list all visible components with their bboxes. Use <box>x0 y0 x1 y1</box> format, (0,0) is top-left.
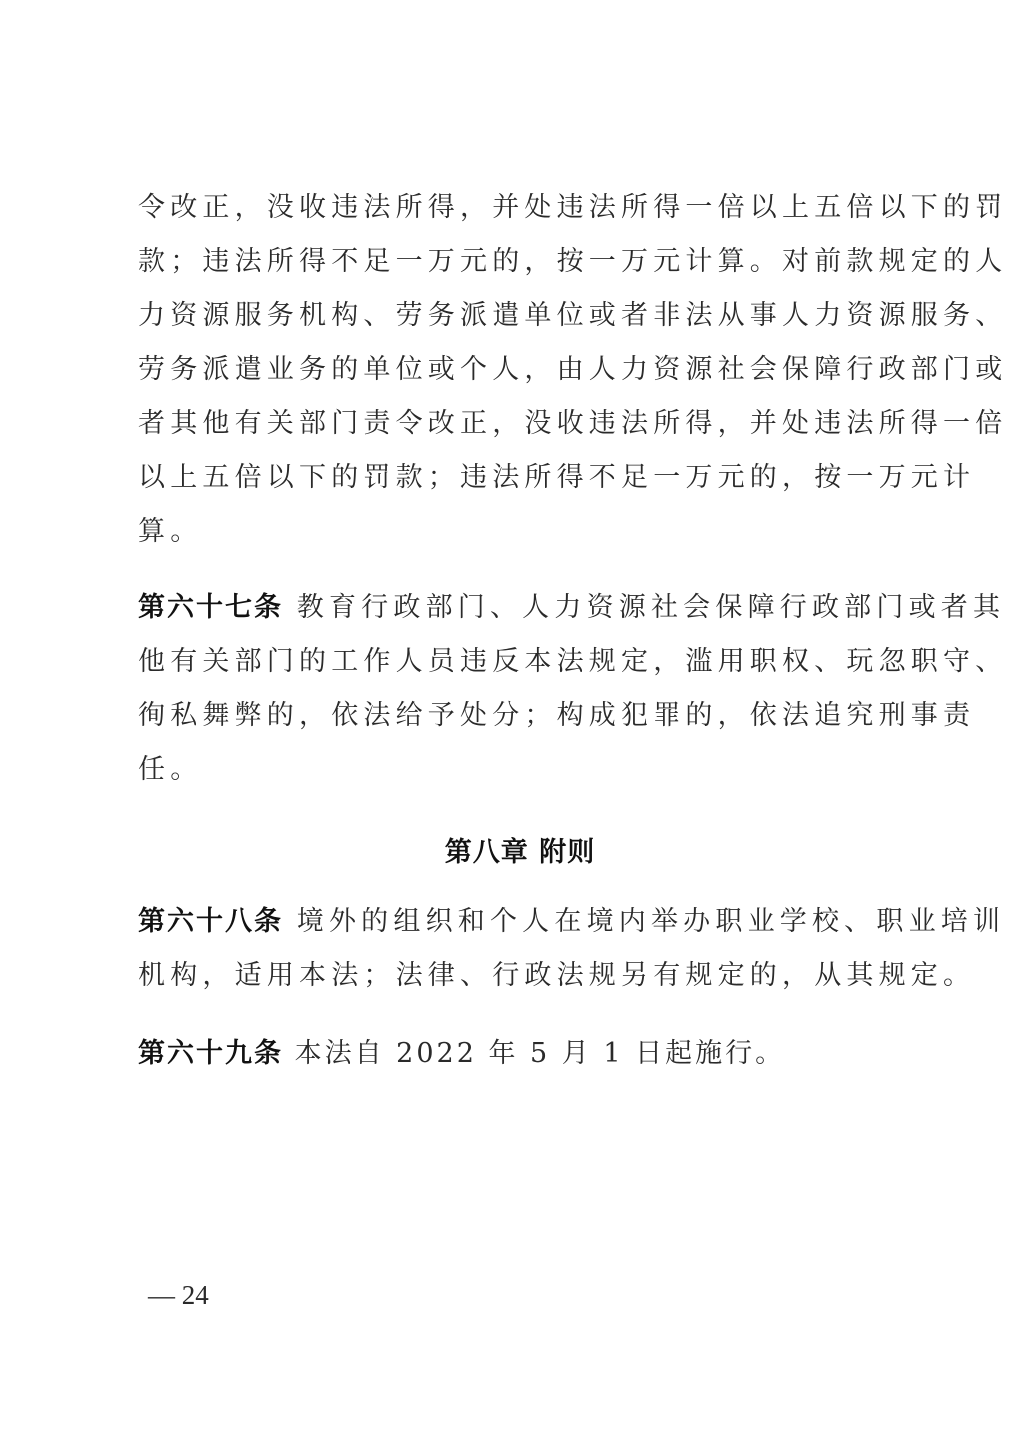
body-text-line: 机构，适用本法；法律、行政法规另有规定的，从其规定。 <box>138 960 975 992</box>
article-text: 境外的组织和个人在境内举办职业学校、职业培训 <box>283 906 1005 937</box>
body-text-line: 者其他有关部门责令改正，没收违法所得，并处违法所得一倍 <box>138 408 1007 440</box>
body-text-line: 他有关部门的工作人员违反本法规定，滥用职权、玩忽职守、 <box>138 646 1007 678</box>
body-text-line: 令改正，没收违法所得，并处违法所得一倍以上五倍以下的罚 <box>138 192 1007 224</box>
body-text-line: 款；违法所得不足一万元的，按一万元计算。对前款规定的人 <box>138 246 1007 278</box>
body-text-line: 徇私舞弊的，依法给予处分；构成犯罪的，依法追究刑事责 <box>138 700 975 732</box>
body-text-line: 力资源服务机构、劳务派遣单位或者非法从事人力资源服务、 <box>138 300 1007 332</box>
article-label: 第六十九条 <box>138 1038 283 1069</box>
body-text-line: 以上五倍以下的罚款；违法所得不足一万元的，按一万元计 <box>138 462 975 494</box>
article-67-first-line: 第六十七条 教育行政部门、人力资源社会保障行政部门或者其 <box>138 592 1005 624</box>
article-label: 第六十八条 <box>138 906 283 937</box>
article-text: 教育行政部门、人力资源社会保障行政部门或者其 <box>283 592 1005 623</box>
page-number: — 24 <box>148 1280 209 1311</box>
chapter-title: 第八章 附则 <box>0 830 1024 869</box>
article-69-first-line: 第六十九条 本法自 2022 年 5 月 1 日起施行。 <box>138 1038 785 1070</box>
body-text-line: 算。 <box>138 516 202 548</box>
article-label: 第六十七条 <box>138 592 283 623</box>
body-text-line: 劳务派遣业务的单位或个人，由人力资源社会保障行政部门或 <box>138 354 1007 386</box>
article-68-first-line: 第六十八条 境外的组织和个人在境内举办职业学校、职业培训 <box>138 906 1005 938</box>
body-text-line: 任。 <box>138 754 202 786</box>
article-text: 本法自 2022 年 5 月 1 日起施行。 <box>283 1038 785 1069</box>
document-page: 令改正，没收违法所得，并处违法所得一倍以上五倍以下的罚 款；违法所得不足一万元的… <box>0 0 1024 1448</box>
